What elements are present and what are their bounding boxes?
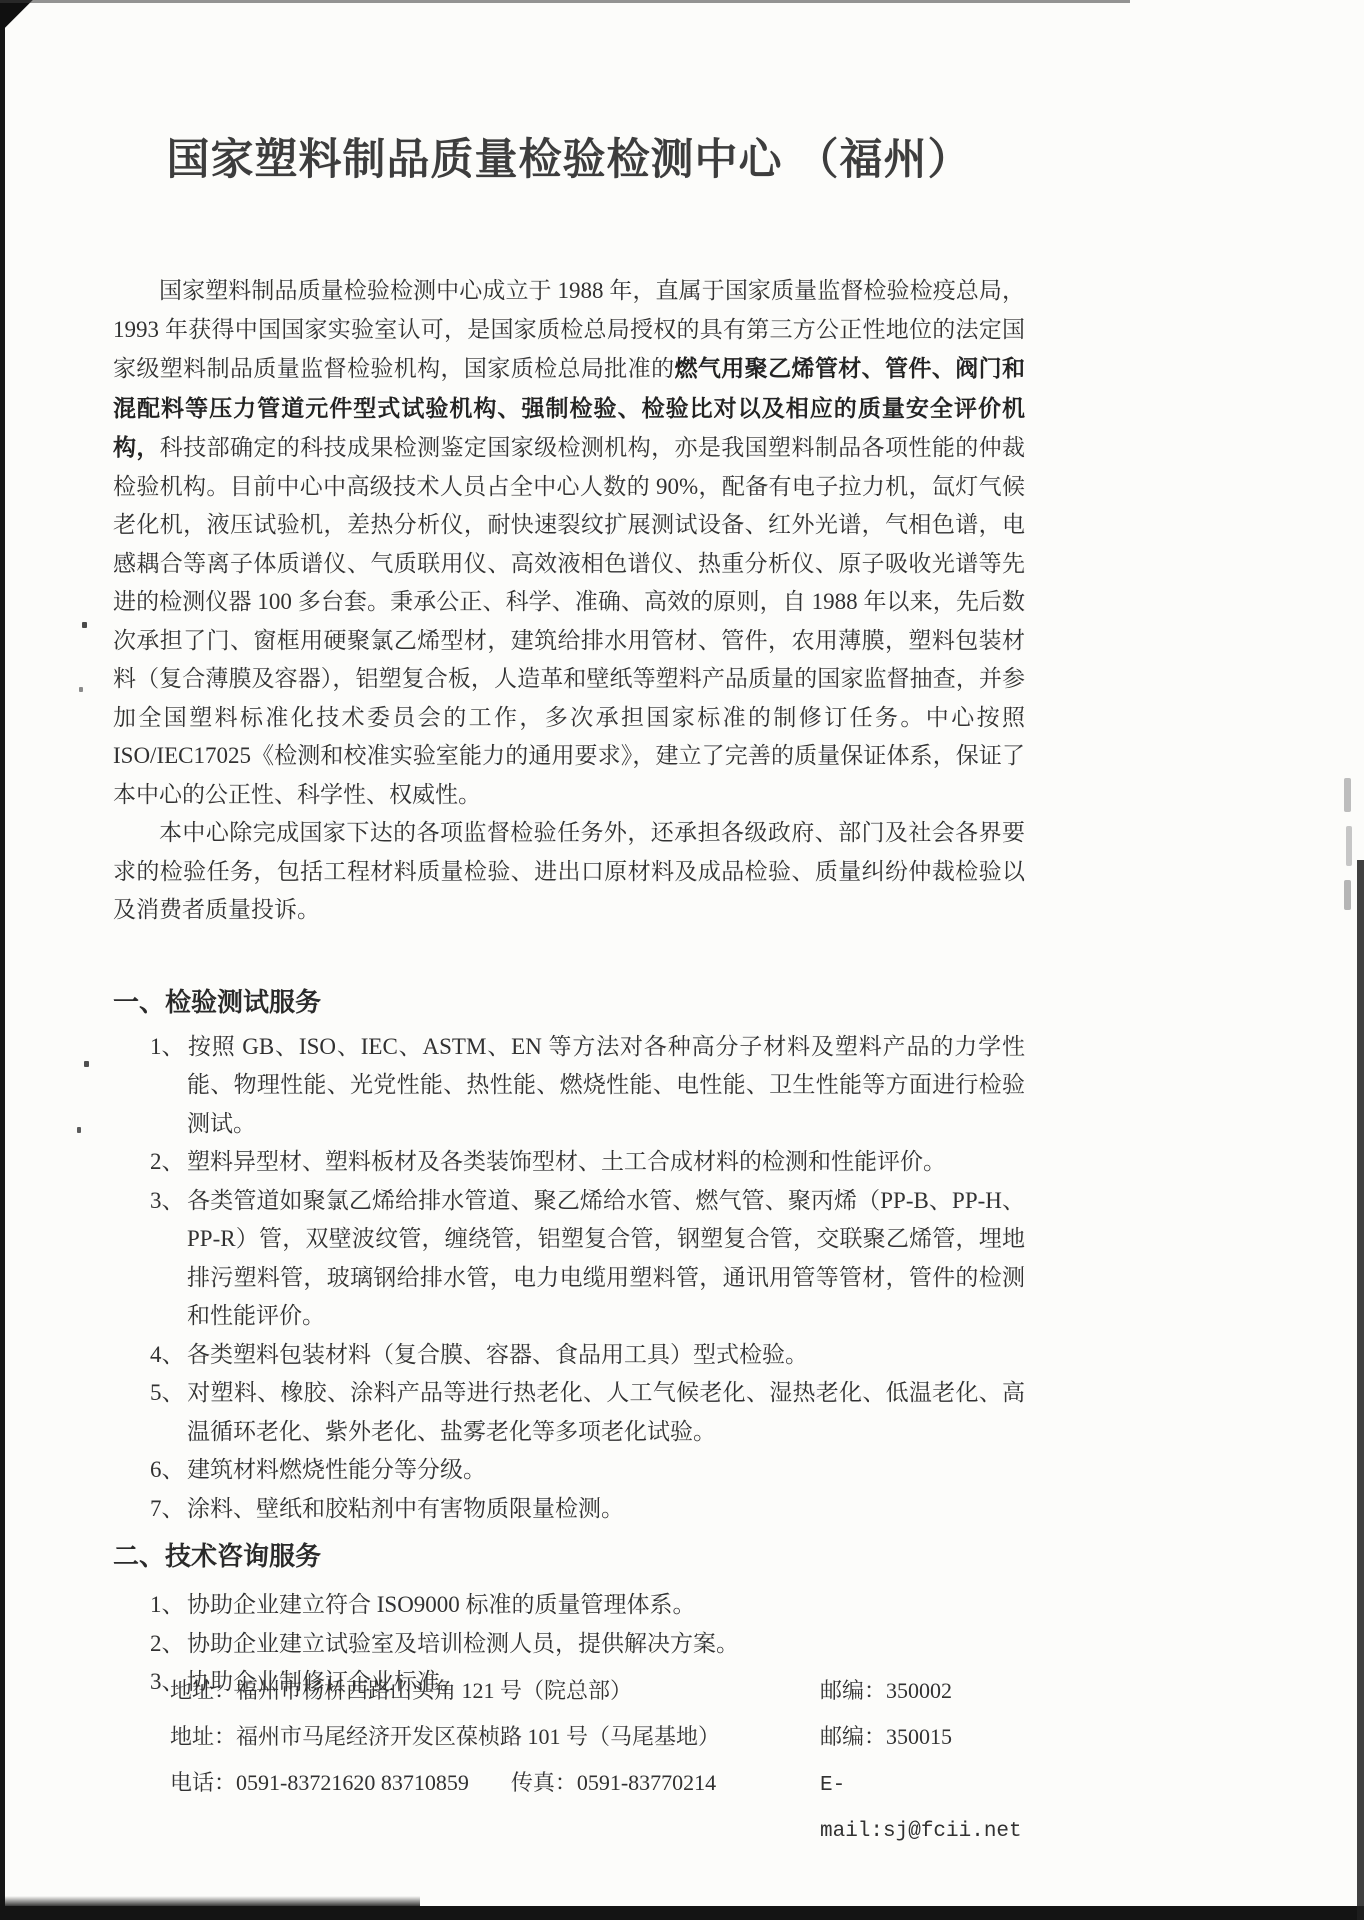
scanned-document-page: 国家塑料制品质量检验检测中心 （福州） 国家塑料制品质量检验检测中心成立于 19…	[0, 0, 1364, 1920]
scan-smudge-right-2	[1346, 826, 1352, 866]
list-item-text: 建筑材料燃烧性能分等分级。	[187, 1457, 486, 1482]
list-item-number: 3、	[150, 1182, 187, 1221]
scan-edge-bottom	[0, 1906, 1364, 1920]
footer-row-address-1: 地址：福州市杨桥西路山头角 121 号（院总部） 邮编：350002	[113, 1668, 1025, 1714]
fax-number: 传真：0591-83770214	[511, 1770, 716, 1795]
intro-paragraph-1: 国家塑料制品质量检验检测中心成立于 1988 年，直属于国家质量监督检验检疫总局…	[113, 272, 1025, 814]
scan-smudge-right-1	[1344, 778, 1351, 812]
phone-fax-line: 电话：0591-83721620 83710859传真：0591-8377021…	[113, 1760, 820, 1806]
contact-footer: 地址：福州市杨桥西路山头角 121 号（院总部） 邮编：350002 地址：福州…	[113, 1668, 1025, 1855]
list-item-text: 涂料、壁纸和胶粘剂中有害物质限量检测。	[187, 1496, 624, 1521]
list-item-number: 2、	[150, 1625, 187, 1664]
list-item-1-6: 6、建筑材料燃烧性能分等分级。	[113, 1451, 1025, 1490]
list-item-text: 塑料异型材、塑料板材及各类装饰型材、土工合成材料的检测和性能评价。	[187, 1149, 946, 1174]
list-item-text: 各类管道如聚氯乙烯给排水管道、聚乙烯给水管、燃气管、聚丙烯（PP-B、PP-H、…	[187, 1188, 1025, 1329]
list-item-2-1: 1、协助企业建立符合 ISO9000 标准的质量管理体系。	[113, 1586, 1025, 1625]
scan-speck-margin-2	[79, 687, 83, 692]
list-item-1-5: 5、对塑料、橡胶、涂料产品等进行热老化、人工气候老化、湿热老化、低温老化、高温循…	[113, 1374, 1025, 1451]
list-item-text: 按照 GB、ISO、IEC、ASTM、EN 等方法对各种高分子材料及塑料产品的力…	[187, 1034, 1025, 1136]
section-1-heading: 一、检验测试服务	[113, 982, 1025, 1022]
section-testing-services: 一、检验测试服务 1、按照 GB、ISO、IEC、ASTM、EN 等方法对各种高…	[113, 982, 1025, 1529]
scan-edge-bottom-shadow	[0, 1896, 420, 1908]
scan-speck-margin-4	[77, 1127, 81, 1133]
scan-edge-top	[0, 0, 1130, 3]
scan-speck-margin-1	[82, 622, 87, 628]
postcode-1: 邮编：350002	[820, 1668, 1025, 1714]
list-item-number: 7、	[150, 1490, 187, 1529]
list-item-1-2: 2、塑料异型材、塑料板材及各类装饰型材、土工合成材料的检测和性能评价。	[113, 1143, 1025, 1182]
postcode-2: 邮编：350015	[820, 1714, 1025, 1760]
scan-speck-margin-3	[84, 1061, 89, 1067]
list-item-1-3: 3、各类管道如聚氯乙烯给排水管道、聚乙烯给水管、燃气管、聚丙烯（PP-B、PP-…	[113, 1182, 1025, 1336]
list-item-2-2: 2、协助企业建立试验室及培训检测人员，提供解决方案。	[113, 1625, 1025, 1664]
list-item-number: 6、	[150, 1451, 187, 1490]
list-item-1-7: 7、涂料、壁纸和胶粘剂中有害物质限量检测。	[113, 1490, 1025, 1529]
list-item-1-4: 4、各类塑料包装材料（复合膜、容器、食品用工具）型式检验。	[113, 1336, 1025, 1375]
page-title: 国家塑料制品质量检验检测中心 （福州）	[113, 126, 1025, 187]
section-2-heading: 二、技术咨询服务	[113, 1536, 1025, 1576]
scan-corner-top-left	[0, 0, 42, 30]
list-item-text: 各类塑料包装材料（复合膜、容器、食品用工具）型式检验。	[187, 1342, 808, 1367]
list-item-text: 协助企业建立符合 ISO9000 标准的质量管理体系。	[187, 1592, 696, 1617]
list-item-1-1: 1、按照 GB、ISO、IEC、ASTM、EN 等方法对各种高分子材料及塑料产品…	[113, 1028, 1025, 1144]
list-item-number: 1、	[150, 1586, 187, 1625]
email-address: E-mail:sj@fcii.net	[820, 1763, 1025, 1855]
list-item-text: 对塑料、橡胶、涂料产品等进行热老化、人工气候老化、湿热老化、低温老化、高温循环老…	[187, 1380, 1025, 1444]
document-body: 国家塑料制品质量检验检测中心成立于 1988 年，直属于国家质量监督检验检疫总局…	[113, 272, 1025, 1702]
address-2: 地址：福州市马尾经济开发区葆桢路 101 号（马尾基地）	[113, 1714, 820, 1760]
list-item-number: 2、	[150, 1143, 187, 1182]
list-item-number: 5、	[150, 1374, 187, 1413]
list-item-text: 协助企业建立试验室及培训检测人员，提供解决方案。	[187, 1631, 739, 1656]
scan-edge-right	[1357, 860, 1364, 1920]
footer-row-phone: 电话：0591-83721620 83710859传真：0591-8377021…	[113, 1760, 1025, 1855]
phone-number: 电话：0591-83721620 83710859	[170, 1770, 469, 1795]
intro-paragraph-2: 本中心除完成国家下达的各项监督检验任务外，还承担各级政府、部门及社会各界要求的检…	[113, 814, 1025, 930]
scan-edge-left	[0, 0, 5, 1920]
intro-p1-rest-text: 科技部确定的科技成果检测鉴定国家级检测机构，亦是我国塑料制品各项性能的仲裁检验机…	[113, 435, 1025, 807]
address-1: 地址：福州市杨桥西路山头角 121 号（院总部）	[113, 1668, 820, 1714]
list-item-number: 4、	[150, 1336, 187, 1375]
footer-row-address-2: 地址：福州市马尾经济开发区葆桢路 101 号（马尾基地） 邮编：350015	[113, 1714, 1025, 1760]
section-1-list: 1、按照 GB、ISO、IEC、ASTM、EN 等方法对各种高分子材料及塑料产品…	[113, 1028, 1025, 1529]
scan-smudge-right-3	[1344, 880, 1351, 910]
list-item-number: 1、	[150, 1028, 187, 1067]
